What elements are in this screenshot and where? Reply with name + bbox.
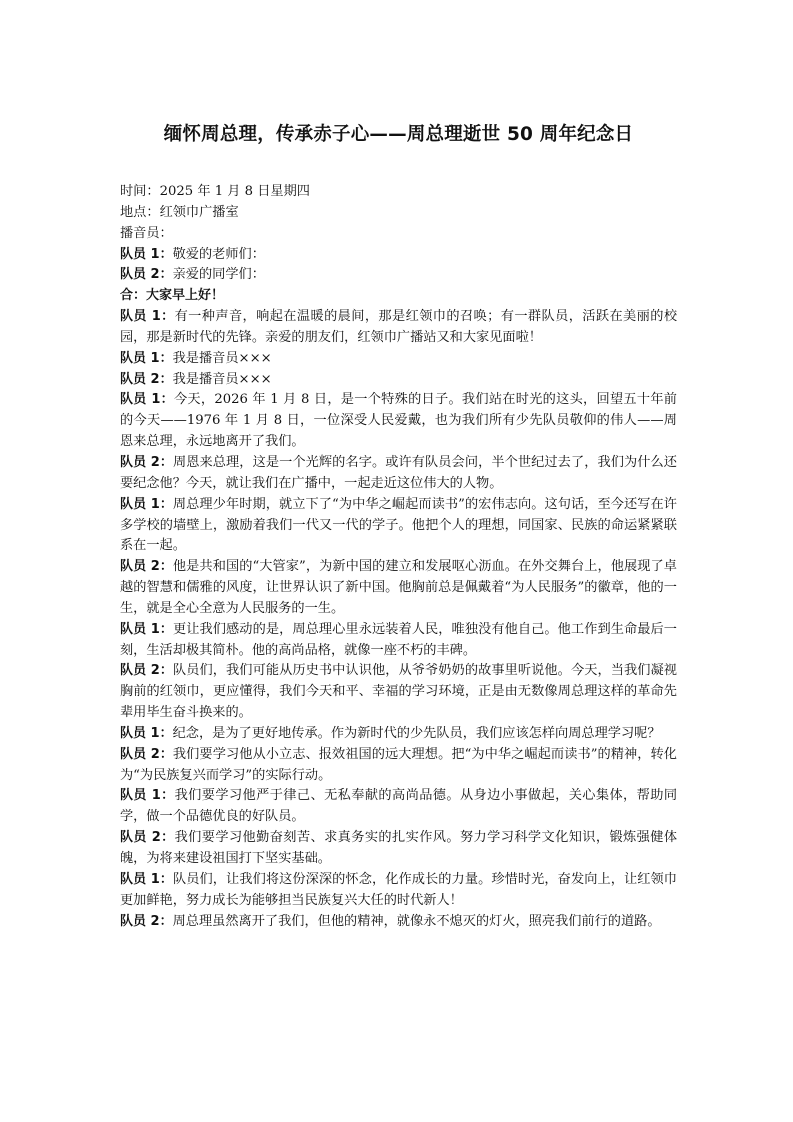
dialogue-line: 队员 2：他是共和国的“大管家”，为新中国的建立和发展呕心沥血。在外交舞台上，他… [120,557,677,620]
speaker-label: 队员 2： [120,455,173,470]
speaker-label: 队员 1： [120,497,173,512]
dialogue-line: 队员 2：周总理虽然离开了我们，但他的精神，就像永不熄灭的灯火，照亮我们前行的道… [120,912,677,933]
meta-time: 时间：2025 年 1 月 8 日星期四 [120,182,677,203]
meta-location-label: 地点： [120,205,160,220]
meta-time-label: 时间： [120,184,160,199]
dialogue-line: 队员 1：我是播音员××× [120,349,677,370]
speaker-label: 队员 1： [120,726,173,741]
speaker-label: 队员 1： [120,351,173,366]
dialogue-text: 敬爱的老师们： [173,247,265,262]
dialogue-line: 队员 2：亲爱的同学们： [120,265,677,286]
speaker-label: 队员 1： [120,788,175,803]
dialogue-line: 队员 1：更让我们感动的是，周总理心里永远装着人民，唯独没有他自己。他工作到生命… [120,620,677,662]
dialogue-line: 队员 2：我们要学习他勤奋刻苦、求真务实的扎实作风。努力学习科学文化知识，锻炼强… [120,828,677,870]
dialogue-text: 更让我们感动的是，周总理心里永远装着人民，唯独没有他自己。他工作到生命最后一刻，… [120,622,677,658]
speaker-label: 队员 2： [120,372,173,387]
speaker-label: 队员 1： [120,392,174,407]
dialogue-text: 我们要学习他严于律己、无私奉献的高尚品德。从身边小事做起，关心集体，帮助同学，做… [120,788,677,824]
meta-location-value: 红领巾广播室 [160,205,239,220]
dialogue-line: 队员 2：我是播音员××× [120,370,677,391]
dialogue-text: 我是播音员××× [173,372,272,387]
dialogue-text: 他是共和国的“大管家”，为新中国的建立和发展呕心沥血。在外交舞台上，他展现了卓越… [120,559,677,616]
dialogue-text: 我们要学习他从小立志、报效祖国的远大理想。把“为中华之崛起而读书”的精神，转化为… [120,747,677,783]
dialogue-text: 队员们，我们可能从历史书中认识他，从爷爷奶奶的故事里听说他。今天，当我们凝视胸前… [120,663,677,720]
dialogue-text: 今天，2026 年 1 月 8 日，是一个特殊的日子。我们站在时光的这头，回望五… [120,392,677,449]
meta-location: 地点：红领巾广播室 [120,203,677,224]
speaker-label: 队员 1： [120,622,173,637]
meta-section: 时间：2025 年 1 月 8 日星期四 地点：红领巾广播室 播音员： [120,182,677,245]
dialogue-text: 周恩来总理，这是一个光辉的名字。或许有队员会问，半个世纪过去了，我们为什么还要纪… [120,455,677,491]
dialogue-line: 队员 1：有一种声音，响起在温暖的晨间，那是红领巾的召唤；有一群队员，活跃在美丽… [120,307,677,349]
dialogue-text: 队员们，让我们将这份深深的怀念，化作成长的力量。珍惜时光，奋发向上，让红领巾更加… [120,872,677,908]
dialogue-line: 队员 1：纪念，是为了更好地传承。作为新时代的少先队员，我们应该怎样向周总理学习… [120,724,677,745]
dialogue-text: 我是播音员××× [173,351,272,366]
dialogue-line: 队员 1：我们要学习他严于律己、无私奉献的高尚品德。从身边小事做起，关心集体，帮… [120,786,677,828]
speaker-label: 队员 2： [120,267,173,282]
document-page: 缅怀周总理，传承赤子心——周总理逝世 50 周年纪念日 时间：2025 年 1 … [120,121,677,932]
speaker-label: 队员 1： [120,309,175,324]
dialogue-line: 队员 1：今天，2026 年 1 月 8 日，是一个特殊的日子。我们站在时光的这… [120,390,677,453]
speaker-label: 队员 1： [120,872,173,887]
speaker-label: 队员 2： [120,830,175,845]
dialogue-line: 队员 1：周总理少年时期，就立下了“为中华之崛起而读书”的宏伟志向。这句话，至今… [120,495,677,558]
dialogue-text: 周总理虽然离开了我们，但他的精神，就像永不熄灭的灯火，照亮我们前行的道路。 [173,914,661,929]
dialogue-section: 队员 1：敬爱的老师们： 队员 2：亲爱的同学们： 合：大家早上好！ 队员 1：… [120,245,677,933]
dialogue-text: 有一种声音，响起在温暖的晨间，那是红领巾的召唤；有一群队员，活跃在美丽的校园，那… [120,309,677,345]
meta-time-value: 2025 年 1 月 8 日星期四 [160,184,310,199]
dialogue-line: 队员 1：队员们，让我们将这份深深的怀念，化作成长的力量。珍惜时光，奋发向上，让… [120,870,677,912]
speaker-label: 合： [120,288,146,303]
meta-announcer: 播音员： [120,224,677,245]
speaker-label: 队员 2： [120,747,173,762]
dialogue-text: 亲爱的同学们： [173,267,265,282]
dialogue-line: 队员 2：我们要学习他从小立志、报效祖国的远大理想。把“为中华之崛起而读书”的精… [120,745,677,787]
speaker-label: 队员 2： [120,663,173,678]
dialogue-line: 队员 2：队员们，我们可能从历史书中认识他，从爷爷奶奶的故事里听说他。今天，当我… [120,661,677,724]
document-title: 缅怀周总理，传承赤子心——周总理逝世 50 周年纪念日 [120,121,677,149]
dialogue-text: 纪念，是为了更好地传承。作为新时代的少先队员，我们应该怎样向周总理学习呢？ [173,726,661,741]
dialogue-line: 队员 1：敬爱的老师们： [120,245,677,266]
speaker-label: 队员 2： [120,559,173,574]
meta-announcer-label: 播音员： [120,226,173,241]
dialogue-text: 我们要学习他勤奋刻苦、求真务实的扎实作风。努力学习科学文化知识，锻炼强健体魄，为… [120,830,677,866]
speaker-label: 队员 1： [120,247,173,262]
dialogue-line: 队员 2：周恩来总理，这是一个光辉的名字。或许有队员会问，半个世纪过去了，我们为… [120,453,677,495]
dialogue-text: 周总理少年时期，就立下了“为中华之崛起而读书”的宏伟志向。这句话，至今还写在许多… [120,497,677,554]
dialogue-line-chorus: 合：大家早上好！ [120,286,677,307]
dialogue-text: 大家早上好！ [146,288,224,303]
speaker-label: 队员 2： [120,914,173,929]
